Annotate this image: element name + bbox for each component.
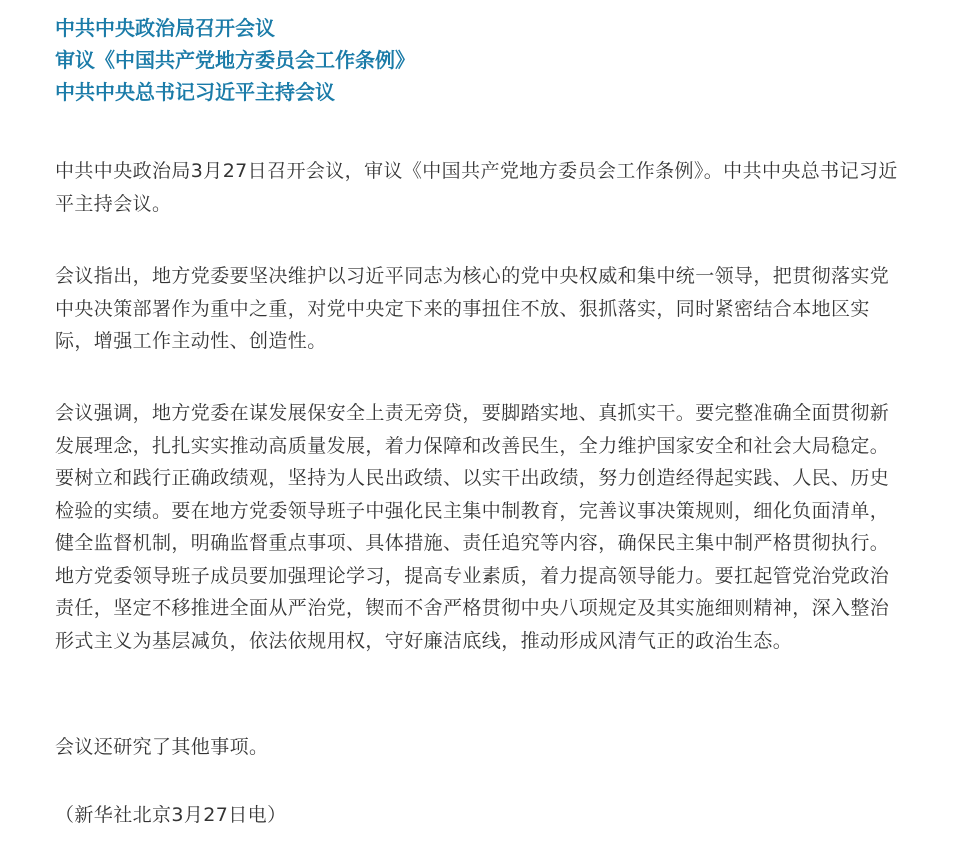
paragraph-meeting-pointed-out: 会议指出，地方党委要坚决维护以习近平同志为核心的党中央权威和集中统一领导，把贯彻… <box>55 260 903 358</box>
headline-line-3: 中共中央总书记习近平主持会议 <box>55 76 905 108</box>
headline-line-1: 中共中央政治局召开会议 <box>55 12 905 44</box>
paragraph-meeting-emphasized: 会议强调，地方党委在谋发展保安全上责无旁贷，要脚踏实地、真抓实干。要完整准确全面… <box>55 397 903 657</box>
headline-line-2: 审议《中国共产党地方委员会工作条例》 <box>55 44 905 76</box>
source-dateline: （新华社北京3月27日电） <box>55 799 903 832</box>
headline: 中共中央政治局召开会议 审议《中国共产党地方委员会工作条例》 中共中央总书记习近… <box>55 12 905 108</box>
article: 中共中央政治局召开会议 审议《中国共产党地方委员会工作条例》 中共中央总书记习近… <box>55 12 905 108</box>
paragraph-other-matters: 会议还研究了其他事项。 <box>55 731 903 764</box>
paragraph-intro: 中共中央政治局3月27日召开会议，审议《中国共产党地方委员会工作条例》。中共中央… <box>55 155 903 220</box>
